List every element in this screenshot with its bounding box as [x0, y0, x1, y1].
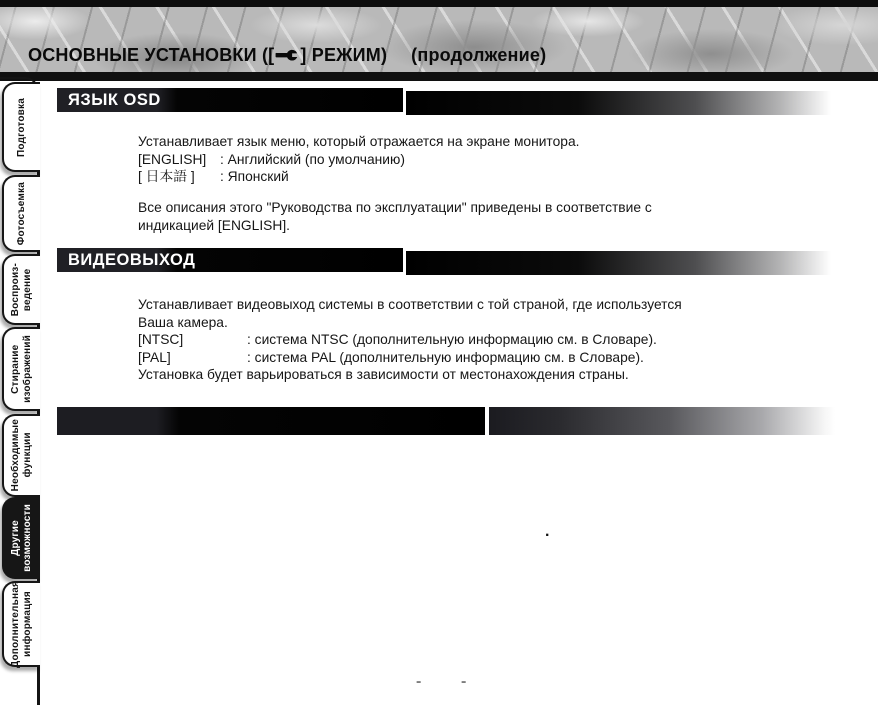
page-number-dash-right: - — [461, 674, 466, 690]
option-term: [PAL] — [138, 349, 247, 367]
sidebar-tab-shooting: Фотосъемка — [2, 175, 40, 252]
tab-label-line1: Стирание — [10, 335, 22, 403]
marble-header-band: ОСНОВНЫЕ УСТАНОВКИ ([ ] РЕЖИМ) (продолже… — [0, 7, 878, 72]
page-title-suffix: ] РЕЖИМ) — [300, 45, 387, 66]
top-border-strip — [0, 0, 878, 7]
stray-print-dot: . — [545, 524, 549, 540]
tab-label-line2: ведение — [22, 263, 34, 316]
option-row: [ 日本語 ] : Японский — [138, 168, 828, 186]
header-divider-bar — [0, 72, 878, 81]
note-paragraph: Все описания этого "Руководства по экспл… — [138, 199, 828, 234]
section-header-osd-language: ЯЗЫК OSD — [57, 88, 403, 112]
option-row: [NTSC] : система NTSC (дополнительную ин… — [138, 331, 828, 349]
sidebar-tab-playback: Воспроиз- ведение — [2, 254, 40, 325]
empty-section-bar-left — [57, 407, 485, 435]
tab-label-line1: Необходимые — [10, 419, 22, 491]
page-title-continuation: (продолжение) — [411, 45, 546, 66]
tab-label-line1: Дополнительная — [10, 581, 22, 668]
tab-label-line2: функции — [22, 419, 34, 491]
tab-label-line2: возможности — [22, 504, 34, 572]
wrench-icon — [273, 41, 301, 69]
paragraph: Устанавливает язык меню, который отражае… — [138, 133, 828, 151]
option-term: [ 日本語 ] — [138, 168, 220, 186]
section-osd-language-body: Устанавливает язык меню, который отражае… — [138, 133, 828, 234]
section-header-video-out: ВИДЕОВЫХОД — [57, 248, 403, 272]
option-term: [ENGLISH] — [138, 151, 220, 169]
option-row: [ENGLISH] : Английский (по умолчанию) — [138, 151, 828, 169]
tab-label-line1: Другие — [10, 504, 22, 572]
tab-label: Фотосъемка — [16, 182, 28, 245]
option-desc: : система PAL (дополнительную информацию… — [247, 349, 644, 367]
sidebar-tab-erasing: Стирание изображений — [2, 327, 40, 411]
note-line: индикацией [ENGLISH]. — [138, 217, 828, 235]
sidebar-tab-other-features-active: Другие возможности — [2, 497, 40, 579]
section-video-out-body: Устанавливает видеовыход системы в соотв… — [138, 296, 828, 384]
option-term: [NTSC] — [138, 331, 247, 349]
paragraph-line: Устанавливает видеовыход системы в соотв… — [138, 296, 828, 314]
sidebar-tab-necessary-functions: Необходимые функции — [2, 414, 40, 497]
page-title: ОСНОВНЫЕ УСТАНОВКИ ([ ] РЕЖИМ) (продолже… — [28, 43, 546, 67]
tab-label-line1: Воспроиз- — [10, 263, 22, 316]
page-title-prefix: ОСНОВНЫЕ УСТАНОВКИ ([ — [28, 45, 274, 66]
paragraph-line: Ваша камера. — [138, 314, 828, 332]
option-desc: : система NTSC (дополнительную информаци… — [247, 331, 657, 349]
note-line: Все описания этого "Руководства по экспл… — [138, 199, 828, 217]
option-desc: : Японский — [220, 168, 289, 186]
sidebar-tab-preparation: Подготовка — [2, 82, 40, 172]
tab-label-line2: информация — [22, 581, 34, 668]
sidebar-tab-additional-info: Дополнительная информация — [2, 581, 40, 667]
section-header-gradient — [406, 251, 858, 275]
tab-label: Подготовка — [16, 98, 28, 157]
empty-section-bar-gradient — [489, 407, 835, 435]
option-desc: : Английский (по умолчанию) — [220, 151, 405, 169]
tab-label-line2: изображений — [22, 335, 34, 403]
option-row: [PAL] : система PAL (дополнительную инфо… — [138, 349, 828, 367]
page-number-dash-left: - — [416, 674, 421, 690]
section-header-gradient — [406, 91, 858, 115]
note-line: Установка будет варьироваться в зависимо… — [138, 366, 828, 384]
manual-page: ОСНОВНЫЕ УСТАНОВКИ ([ ] РЕЖИМ) (продолже… — [0, 0, 878, 708]
